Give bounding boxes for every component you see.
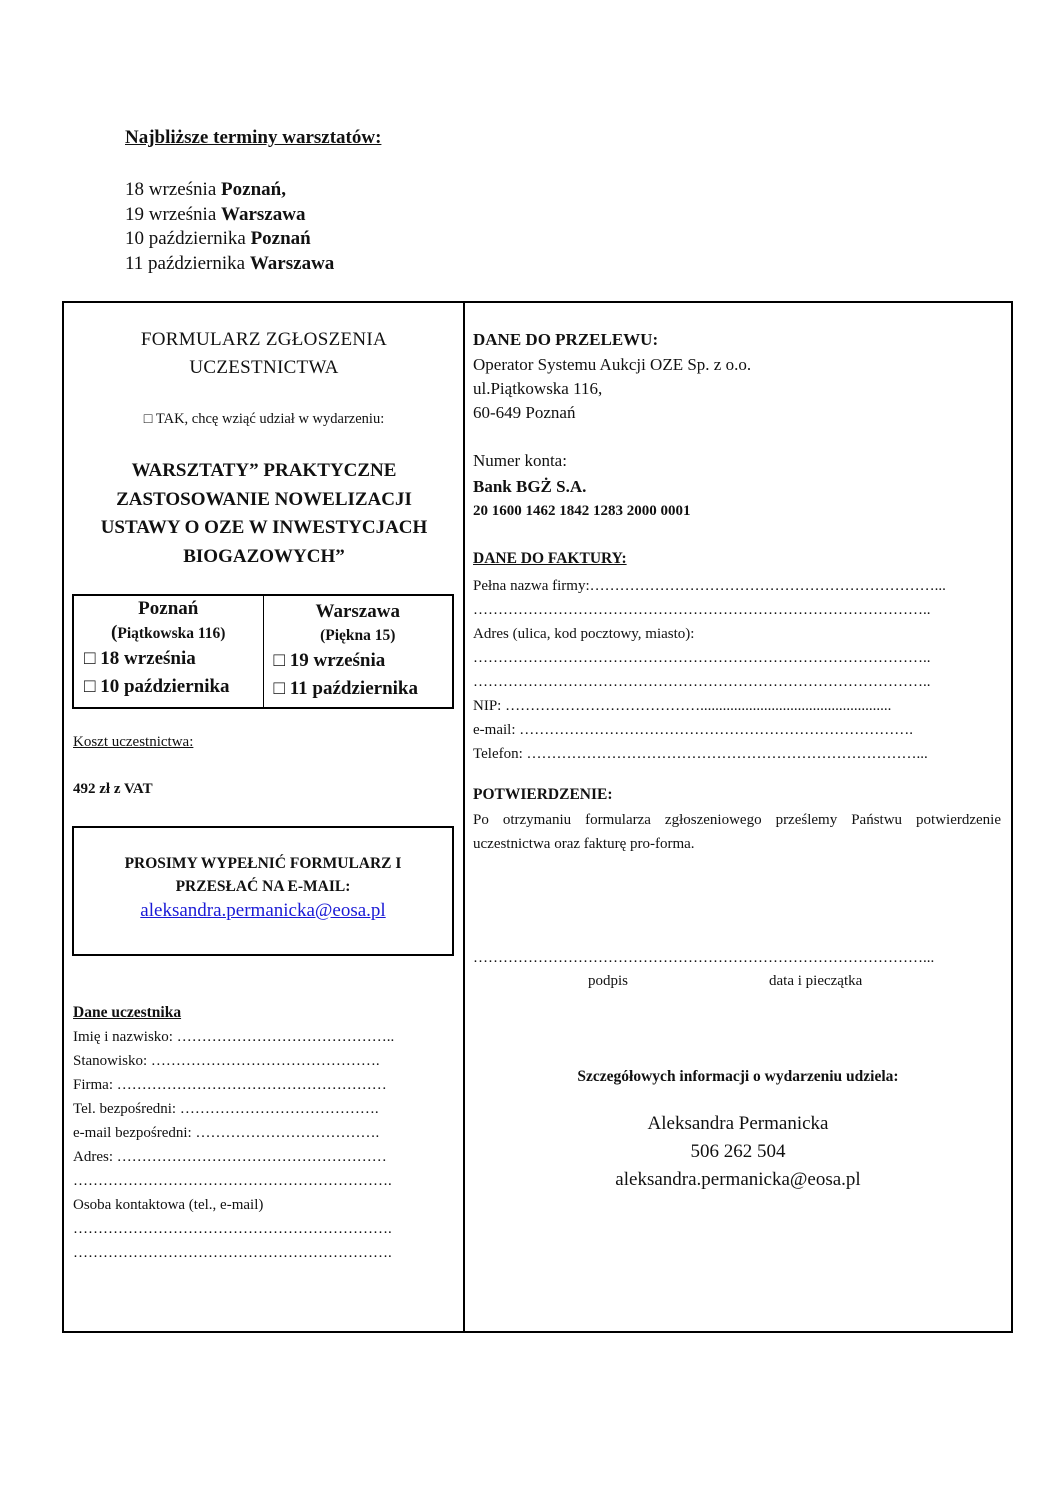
locations-table: Poznań (Piątkowska 116) □ 18 września □ … bbox=[72, 594, 454, 709]
location-poznan: Poznań (Piątkowska 116) □ 18 września □ … bbox=[73, 595, 263, 708]
contact-email: aleksandra.permanicka@eosa.pl bbox=[466, 1166, 1010, 1194]
location-city: Warszawa bbox=[264, 596, 453, 625]
invoice-field-label: Adres (ulica, kod pocztowy, miasto): bbox=[473, 622, 1003, 646]
city-text: Warszawa bbox=[221, 204, 305, 225]
date-option[interactable]: □ 10 października bbox=[74, 673, 263, 701]
upcoming-date-item: 10 października Poznań bbox=[125, 227, 334, 252]
date-text: 11 października bbox=[125, 253, 245, 274]
account-label: Numer konta: bbox=[473, 451, 567, 471]
date-option[interactable]: □ 19 września bbox=[264, 647, 453, 675]
invoice-field[interactable]: ……………………………………………………………………………….. bbox=[473, 598, 1003, 622]
participant-field[interactable]: ………………………………………………………. bbox=[73, 1241, 394, 1265]
form-title-line: UCZESTNICTWA bbox=[64, 354, 464, 382]
date-option[interactable]: □ 11 października bbox=[264, 675, 453, 703]
date-option-label: 10 października bbox=[100, 676, 229, 697]
participant-field[interactable]: Imię i nazwisko: …………………………………….. bbox=[73, 1025, 394, 1049]
cost-value: 492 zł z VAT bbox=[73, 781, 153, 798]
participant-field[interactable]: Tel. bezpośredni: …………………………………. bbox=[73, 1097, 394, 1121]
participant-field[interactable]: Adres: ……………………………………………… bbox=[73, 1145, 394, 1169]
bank-name: Bank BGŻ S.A. bbox=[473, 477, 586, 497]
participant-field[interactable]: Stanowisko: ………………………………………. bbox=[73, 1049, 394, 1073]
event-title-line: WARSZTATY” PRAKTYCZNE bbox=[64, 457, 464, 486]
participant-field[interactable]: Firma: ……………………………………………… bbox=[73, 1073, 394, 1097]
payment-line: Operator Systemu Aukcji OZE Sp. z o.o. bbox=[473, 353, 751, 377]
date-option-label: 18 września bbox=[100, 648, 196, 669]
checkbox-icon[interactable]: □ bbox=[274, 650, 285, 671]
signature-line[interactable]: ………………………………………………………………………………... bbox=[473, 950, 934, 967]
street-text: Piątkowska 116 bbox=[117, 625, 220, 642]
confirmation-text: Po otrzymaniu formularza zgłoszeniowego … bbox=[473, 808, 1001, 856]
upcoming-date-item: 11 października Warszawa bbox=[125, 252, 334, 277]
form-title: FORMULARZ ZGŁOSZENIA UCZESTNICTWA bbox=[64, 326, 464, 382]
location-street: (Piękna 15) bbox=[264, 625, 453, 647]
participant-field[interactable]: ………………………………………………………. bbox=[73, 1169, 394, 1193]
contact-name: Aleksandra Permanicka bbox=[466, 1110, 1010, 1138]
invoice-field[interactable]: ……………………………………………………………………………….. bbox=[473, 646, 1003, 670]
send-line: PROSIMY WYPEŁNIĆ FORMULARZ I bbox=[74, 852, 452, 875]
account-number: 20 1600 1462 1842 1283 2000 0001 bbox=[473, 503, 691, 520]
participant-field-label: Osoba kontaktowa (tel., e-mail) bbox=[73, 1193, 394, 1217]
invoice-field[interactable]: Telefon: ……………………………………………………………………... bbox=[473, 742, 1003, 766]
city-text: Poznań, bbox=[221, 179, 286, 200]
payment-address: Operator Systemu Aukcji OZE Sp. z o.o. u… bbox=[473, 353, 751, 425]
send-instructions-box: PROSIMY WYPEŁNIĆ FORMULARZ I PRZESŁAĆ NA… bbox=[72, 826, 454, 956]
contact-details: Aleksandra Permanicka 506 262 504 aleksa… bbox=[466, 1110, 1010, 1194]
invoice-fields: Pełna nazwa firmy:…………………………………………………………… bbox=[473, 574, 1003, 766]
invoice-title: DANE DO FAKTURY: bbox=[473, 550, 627, 568]
upcoming-date-item: 18 września Poznań, bbox=[125, 178, 334, 203]
email-link[interactable]: aleksandra.permanicka@eosa.pl bbox=[74, 900, 452, 922]
location-warszawa: Warszawa (Piękna 15) □ 19 września □ 11 … bbox=[263, 595, 453, 708]
participation-label: TAK, chcę wziąć udział w wydarzeniu: bbox=[156, 411, 384, 427]
invoice-field[interactable]: ……………………………………………………………………………….. bbox=[473, 670, 1003, 694]
payment-line: ul.Piątkowska 116, bbox=[473, 377, 751, 401]
date-option[interactable]: □ 18 września bbox=[74, 645, 263, 673]
cost-label: Koszt uczestnictwa: bbox=[73, 734, 193, 751]
date-option-label: 11 października bbox=[290, 678, 418, 699]
location-city: Poznań bbox=[74, 596, 263, 622]
invoice-field[interactable]: NIP: …………………………………......................… bbox=[473, 694, 1003, 718]
payment-title: DANE DO PRZELEWU: bbox=[473, 330, 658, 350]
send-instructions: PROSIMY WYPEŁNIĆ FORMULARZ I PRZESŁAĆ NA… bbox=[74, 852, 452, 898]
contact-phone: 506 262 504 bbox=[466, 1138, 1010, 1166]
participant-section-title: Dane uczestnika bbox=[73, 1004, 181, 1022]
checkbox-icon[interactable]: □ bbox=[144, 411, 153, 427]
date-stamp-label: data i pieczątka bbox=[769, 973, 862, 990]
upcoming-date-item: 19 września Warszawa bbox=[125, 203, 334, 228]
participation-checkbox-row[interactable]: □ TAK, chcę wziąć udział w wydarzeniu: bbox=[64, 411, 464, 428]
payment-line: 60-649 Poznań bbox=[473, 401, 751, 425]
participant-field[interactable]: ………………………………………………………. bbox=[73, 1217, 394, 1241]
participant-field[interactable]: e-mail bezpośredni: ………………………………. bbox=[73, 1121, 394, 1145]
checkbox-icon[interactable]: □ bbox=[84, 648, 95, 669]
invoice-field[interactable]: e-mail: ……………………………………………………………………. bbox=[473, 718, 1003, 742]
confirmation-title: POTWIERDZENIE: bbox=[473, 786, 613, 804]
event-title-line: USTAWY O OZE W INWESTYCJACH bbox=[64, 514, 464, 543]
contact-title: Szczegółowych informacji o wydarzeniu ud… bbox=[466, 1068, 1010, 1086]
event-title: WARSZTATY” PRAKTYCZNE ZASTOSOWANIE NOWEL… bbox=[64, 457, 464, 571]
checkbox-icon[interactable]: □ bbox=[84, 676, 95, 697]
date-text: 18 września bbox=[125, 179, 216, 200]
date-text: 19 września bbox=[125, 204, 216, 225]
form-title-line: FORMULARZ ZGŁOSZENIA bbox=[64, 326, 464, 354]
event-title-line: ZASTOSOWANIE NOWELIZACJI bbox=[64, 486, 464, 515]
date-text: 10 października bbox=[125, 228, 246, 249]
column-divider bbox=[463, 301, 465, 1332]
upcoming-dates-title: Najbliższe terminy warsztatów: bbox=[125, 127, 381, 149]
invoice-field[interactable]: Pełna nazwa firmy:…………………………………………………………… bbox=[473, 574, 1003, 598]
participant-fields: Imię i nazwisko: …………………………………….. Stanow… bbox=[73, 1025, 394, 1265]
event-title-line: BIOGAZOWYCH” bbox=[64, 543, 464, 572]
signature-label: podpis bbox=[588, 973, 628, 990]
send-line: PRZESŁAĆ NA E-MAIL: bbox=[74, 875, 452, 898]
upcoming-dates-list: 18 września Poznań, 19 września Warszawa… bbox=[125, 178, 334, 276]
date-option-label: 19 września bbox=[290, 650, 386, 671]
city-text: Warszawa bbox=[250, 253, 334, 274]
city-text: Poznań bbox=[251, 228, 311, 249]
checkbox-icon[interactable]: □ bbox=[274, 678, 285, 699]
location-street: (Piątkowska 116) bbox=[74, 622, 263, 645]
